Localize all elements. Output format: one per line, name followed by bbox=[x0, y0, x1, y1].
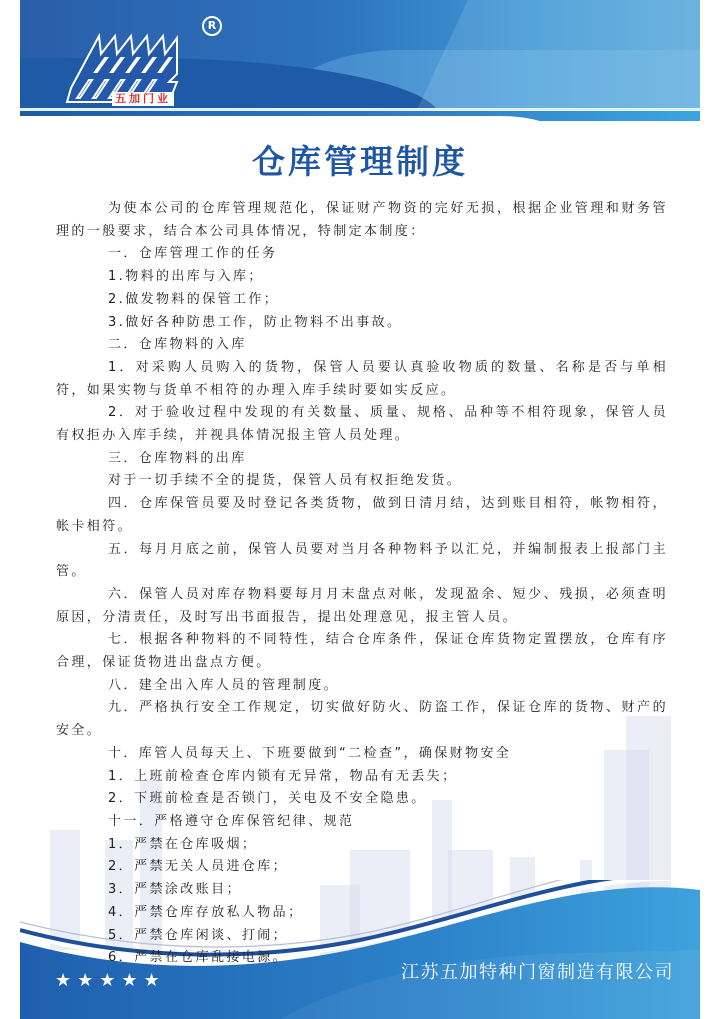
list-item: 1.物料的出库与入库； bbox=[56, 266, 668, 289]
list-item: 1．上班前检查仓库内锁有无异常，物品有无丢失； bbox=[56, 766, 668, 789]
document-body: 为使本公司的仓库管理规范化，保证财产物资的完好无损，根据企业管理和财务管理的一般… bbox=[56, 198, 668, 970]
list-item: 1．对采购人员购入的货物，保管人员要认真验收物质的数量、名称是否与单相符，如果实… bbox=[56, 357, 668, 402]
section-5: 五．每月月底之前，保管人员要对当月各种物料予以汇兑，并编制报表上报部门主管。 bbox=[56, 539, 668, 584]
intro-paragraph: 为使本公司的仓库管理规范化，保证财产物资的完好无损，根据企业管理和财务管理的一般… bbox=[56, 198, 668, 243]
paragraph: 对于一切手续不全的提货，保管人员有权拒绝发货。 bbox=[56, 470, 668, 493]
list-item: 1．严禁在仓库吸烟； bbox=[56, 834, 668, 857]
section-4: 四．仓库保管员要及时登记各类货物，做到日清月结，达到账目相符，帐物相符，帐卡相符… bbox=[56, 493, 668, 538]
list-item: 2．下班前检查是否锁门，关电及不安全隐患。 bbox=[56, 788, 668, 811]
section-heading-11: 十一．严格遵守仓库保管纪律、规范 bbox=[56, 811, 668, 834]
section-heading-1: 一．仓库管理工作的任务 bbox=[56, 243, 668, 266]
list-item: 2．对于验收过程中发现的有关数量、质量、规格、品种等不相符现象，保管人员有权拒办… bbox=[56, 402, 668, 447]
section-heading-2: 二．仓库物料的入库 bbox=[56, 334, 668, 357]
list-item: 3．严禁涂改账目； bbox=[56, 879, 668, 902]
company-name: 江苏五加特种门窗制造有限公司 bbox=[401, 958, 674, 984]
section-heading-3: 三．仓库物料的出库 bbox=[56, 448, 668, 471]
list-item: 4．严禁仓库存放私人物品； bbox=[56, 902, 668, 925]
rating-stars-icon: ★★★★★ bbox=[55, 970, 166, 991]
section-9: 九．严格执行安全工作规定，切实做好防火、防盗工作，保证仓库的货物、财产的安全。 bbox=[56, 697, 668, 742]
section-7: 七．根据各种物料的不同特性，结合仓库条件，保证仓库货物定置摆放，仓库有序合理，保… bbox=[56, 629, 668, 674]
list-item: 2．严禁无关人员进仓库； bbox=[56, 856, 668, 879]
poster: R 五加门业 仓库管理制度 为使本公司的仓库管理规范化，保证财产物资的完好无损，… bbox=[20, 0, 700, 1019]
section-heading-10: 十．库管人员每天上、下班要做到“二检查”，确保财物安全 bbox=[56, 743, 668, 766]
list-item: 2.做发物料的保管工作； bbox=[56, 289, 668, 312]
section-8: 八．建全出入库人员的管理制度。 bbox=[56, 675, 668, 698]
list-item: 3.做好各种防患工作，防止物料不出事故。 bbox=[56, 312, 668, 335]
list-item: 5．严禁仓库闲谈、打闹； bbox=[56, 925, 668, 948]
section-6: 六．保管人员对库存物料要每月月末盘点对帐，发现盈余、短少、残损，必须查明原因，分… bbox=[56, 584, 668, 629]
